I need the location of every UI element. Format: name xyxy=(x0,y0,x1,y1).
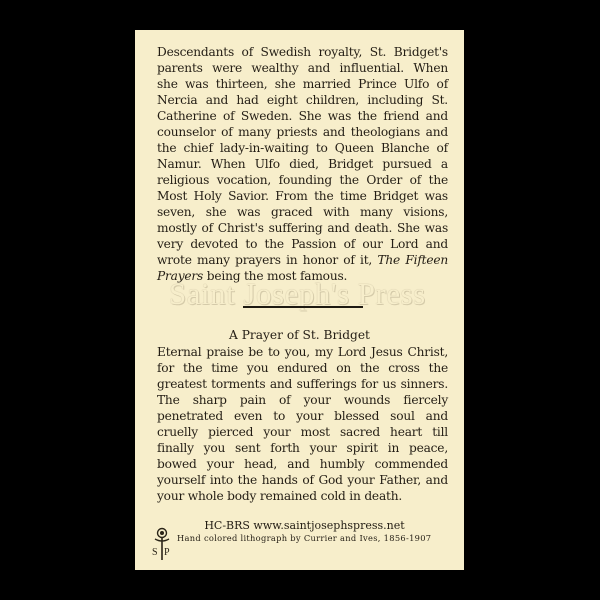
prayer-line: bowed your head, and humbly commended xyxy=(157,456,448,472)
prayer-line: your whole body remained cold in death. xyxy=(157,488,448,504)
prayer-card: Descendants of Swedish royalty, St. Brid… xyxy=(135,30,464,570)
bio-line: parents were wealthy and influential. Wh… xyxy=(157,60,448,76)
bio-line: she was thirteen, she married Prince Ulf… xyxy=(157,76,448,92)
svg-text:P: P xyxy=(164,547,170,558)
prayer-title: A Prayer of St. Bridget xyxy=(135,328,464,342)
svg-text:S: S xyxy=(152,547,158,558)
bio-line: mostly of Christ's suffering and death. … xyxy=(157,220,448,236)
prayer-line: The sharp pain of your wounds fiercely xyxy=(157,392,448,408)
bio-line: Nercia and had eight children, including… xyxy=(157,92,448,108)
prayer-line: cruelly pierced your most sacred heart t… xyxy=(157,424,448,440)
prayer-text: Eternal praise be to you, my Lord Jesus … xyxy=(157,344,448,504)
book-title: The Fifteen xyxy=(377,253,448,267)
bio-line: religious vocation, founding the Order o… xyxy=(157,172,448,188)
bio-line-with-title: wrote many prayers in honor of it, The F… xyxy=(157,252,448,268)
prayer-line: for the time you endured on the cross th… xyxy=(157,360,448,376)
prayer-line: finally you sent forth your spirit in pe… xyxy=(157,440,448,456)
bio-line: Most Holy Savior. From the time Bridget … xyxy=(157,188,448,204)
bio-line: Namur. When Ulfo died, Bridget pursued a xyxy=(157,156,448,172)
bio-line: Catherine of Sweden. She was the friend … xyxy=(157,108,448,124)
bio-line: the chief lady-in-waiting to Queen Blanc… xyxy=(157,140,448,156)
rose-cross-icon: S P xyxy=(149,527,175,561)
prayer-line: penetrated even to your blessed soul and xyxy=(157,408,448,424)
bio-line: counselor of many priests and theologian… xyxy=(157,124,448,140)
prayer-line: yourself into the hands of God your Fath… xyxy=(157,472,448,488)
prayer-line: greatest torments and sufferings for us … xyxy=(157,376,448,392)
footer-code-url: HC-BRS www.saintjosephspress.net xyxy=(135,519,464,532)
bio-line: very devoted to the Passion of our Lord … xyxy=(157,236,448,252)
divider xyxy=(243,306,363,308)
bio-line: Descendants of Swedish royalty, St. Brid… xyxy=(157,44,448,60)
bio-line: seven, she was graced with many visions, xyxy=(157,204,448,220)
footer-credit: Hand colored lithograph by Currier and I… xyxy=(177,533,431,543)
biography-text: Descendants of Swedish royalty, St. Brid… xyxy=(157,44,448,284)
prayer-line: Eternal praise be to you, my Lord Jesus … xyxy=(157,344,448,360)
